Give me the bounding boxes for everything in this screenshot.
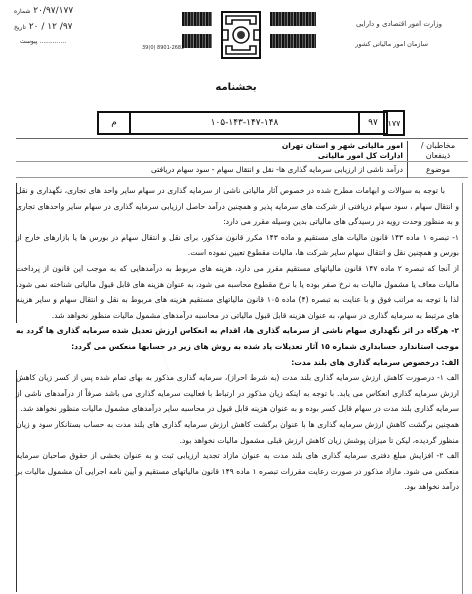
ministry-name: وزارت امور اقتصادی و دارایی [356, 20, 442, 28]
letter-date: ۹۷/ ۱۲ / ۲۰ تاریخ [14, 22, 73, 32]
subject-text: درآمد ناشی از ارزیابی سرمایه گذاری ها- ن… [150, 162, 407, 178]
paragraph-1-cont: از آنجا که تبصره ۲ ماده ۱۴۷ قانون مالیات… [16, 261, 459, 323]
paragraph-1: ۱- تبصره ۱ ماده ۱۴۳ قانون مالیات های مست… [16, 230, 459, 261]
reference-year: ۹۷ [358, 113, 386, 133]
paragraph-intro: با توجه به سوالات و ابهامات مطرح شده در … [16, 183, 459, 230]
addressees-values: امور مالیاتی شهر و استان تهران ادارات کل… [150, 141, 407, 161]
reference-box: ۹۷ ۱۰۵-۱۴۳-۱۴۷-۱۴۸ م [97, 111, 388, 135]
document-title: بخشنامه [0, 82, 472, 93]
header-bar-left-top [182, 12, 212, 26]
phone-number: 39(0) 8901-2682 [142, 45, 184, 51]
letter-number-value: ۲۰/۹۷/۱۷۷ [33, 6, 73, 16]
paragraph-alef-1-cont: همچنین برگشت کاهش ارزش سرمایه گذاری ها ب… [16, 417, 459, 448]
attachment-field: .............. پیوست [20, 38, 66, 45]
section-heading-alef: الف: درخصوص سرمایه گذاری های بلند مدت: [16, 355, 459, 371]
divider [16, 138, 468, 139]
header-bar-right-bottom [270, 34, 316, 48]
addressee-table: مخاطبان / ذینفعان امور مالیاتی شهر و است… [150, 141, 468, 178]
letter-number-label: شماره [14, 8, 30, 15]
addressee-line-2: ادارات کل امور مالیاتی [150, 151, 407, 161]
reference-classification: م [99, 113, 129, 133]
attachment-label: پیوست [20, 38, 38, 45]
letter-date-value: ۹۷/ ۱۲ / ۲۰ [29, 22, 73, 32]
addressees-label: مخاطبان / ذینفعان [407, 141, 468, 161]
paragraph-alef-1: الف ۱- درصورت کاهش ارزش سرمایه گذاری بلن… [16, 370, 459, 417]
right-margin-line [462, 183, 463, 594]
letter-date-label: تاریخ [14, 24, 26, 31]
letter-number: ۲۰/۹۷/۱۷۷ شماره [14, 6, 73, 16]
document-body: با توجه به سوالات و ابهامات مطرح شده در … [16, 183, 459, 495]
paragraph-alef-2: الف ۲- افزایش مبلغ دفتری سرمایه گذاری ها… [16, 448, 459, 495]
subject-label: موضوع [407, 162, 468, 178]
header-bar-right-top [270, 12, 316, 26]
header-bar-left-bottom [182, 34, 212, 48]
reference-articles: ۱۰۵-۱۴۳-۱۴۷-۱۴۸ [129, 113, 358, 133]
emblem-icon [212, 8, 270, 62]
paragraph-2: ۲- هرگاه در اثر نگهداری سهام ناشی از سرم… [16, 323, 459, 354]
organization-name: سازمان امور مالیاتی کشور [355, 40, 428, 48]
addressee-line-1: امور مالیاتی شهر و استان تهران [150, 141, 407, 151]
